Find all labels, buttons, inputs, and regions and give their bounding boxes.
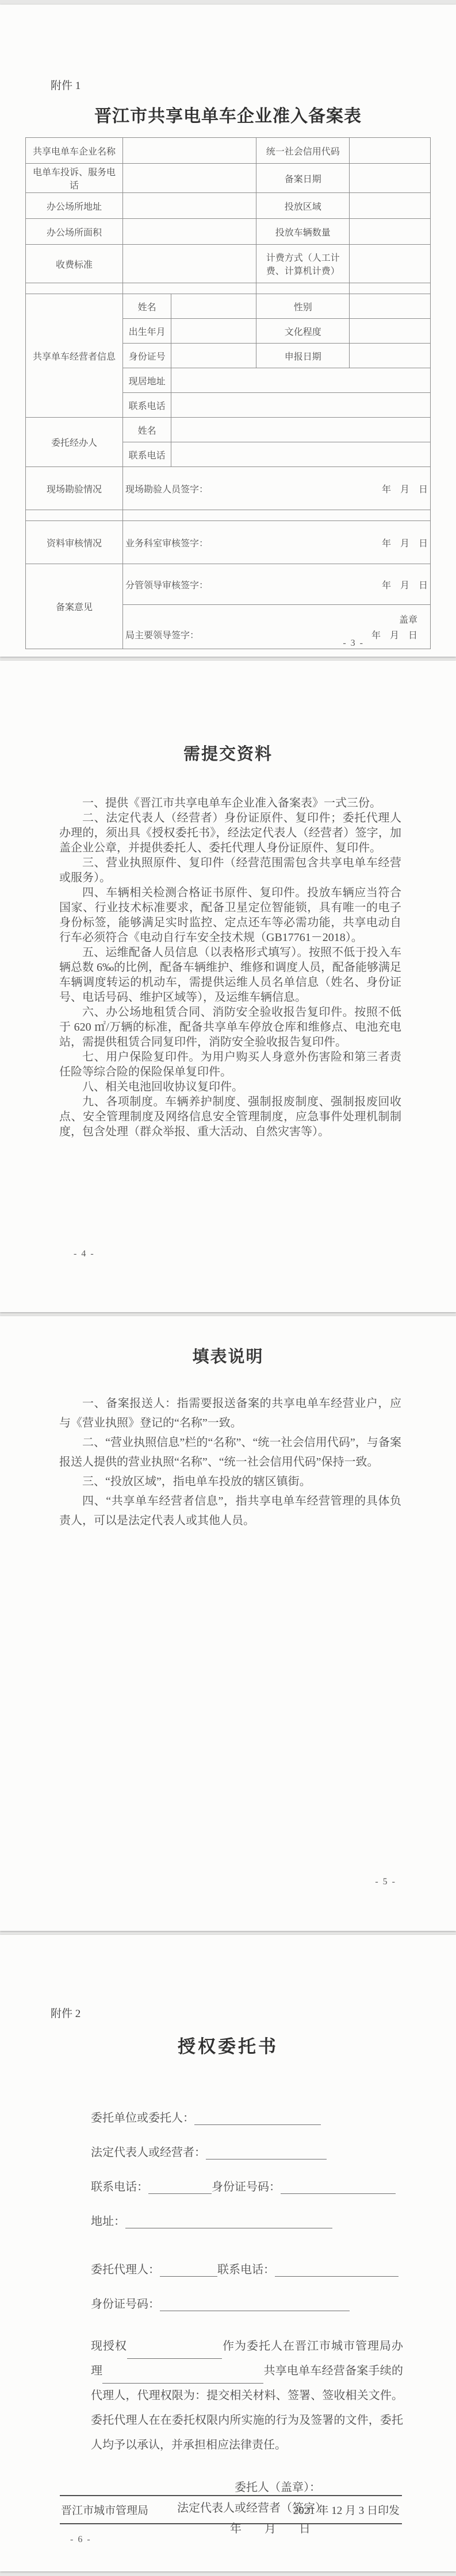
blank-line: [160, 2299, 350, 2311]
field-label: 出生年月: [122, 319, 171, 344]
field-label: 备案日期: [256, 164, 350, 193]
field-label: 身份证号码：: [91, 2298, 160, 2311]
field-label: 地址：: [91, 2215, 125, 2228]
paragraph: 七、用户保险复印件。为用户购买人身意外伤害险和第三者责任险等综合险的保险保单复印…: [59, 1050, 401, 1079]
form-line: 地址：: [91, 2212, 404, 2228]
sign-cell: 分管领导审核签字： 年 月 日: [122, 564, 430, 605]
page-power-of-attorney: 附件 2 授权委托书 委托单位或委托人： 法定代表人或经营者： 联系电话：身份证…: [0, 1935, 456, 2571]
field-label: 投放区域: [256, 193, 350, 219]
blank-line: [125, 2216, 332, 2228]
form-line: 委托代理人：联系电话：: [91, 2260, 404, 2277]
page-filling-instructions: 填表说明 一、备案报送人：指需要报送备案的共享电单车经营业户，应与《营业执照》登…: [0, 1316, 456, 1931]
spacer-cell: [256, 283, 350, 294]
table-row: 备案意见 分管领导审核签字： 年 月 日: [26, 564, 431, 605]
page-title: 填表说明: [0, 1316, 456, 1367]
field-label: 联系电话：: [217, 2263, 275, 2276]
date-placeholder: 年 月 日: [371, 628, 417, 641]
field-value-empty: [350, 294, 431, 319]
spacer-cell: [122, 510, 430, 521]
field-value-empty: [171, 344, 256, 368]
section-label: 资料审核情况: [26, 521, 123, 564]
print-date: 2021 年 12 月 3 日印发: [293, 2502, 400, 2517]
field-value-empty: [350, 138, 431, 164]
field-label: 投放车辆数量: [256, 219, 350, 245]
field-label: 收费标准: [26, 245, 123, 283]
paragraph: 八、相关电池回收协议复印件。: [59, 1079, 401, 1094]
page-title: 需提交资料: [0, 661, 456, 765]
field-label: 身份证号: [122, 344, 171, 368]
field-label: 联系电话：: [91, 2181, 148, 2193]
sign-label: 业务科室审核签字：: [125, 536, 208, 549]
sign-cell: 现场勘验人员签字： 年 月 日: [122, 467, 430, 510]
field-value-empty: [171, 294, 256, 319]
field-value-empty: [350, 219, 431, 245]
table-row: 共享电单车企业名称 统一社会信用代码: [26, 138, 431, 164]
field-value-empty: [350, 193, 431, 219]
field-label: 委托代理人：: [91, 2263, 160, 2276]
blank-line: [206, 2147, 327, 2159]
sign-label: 分管领导审核签字：: [125, 578, 208, 591]
paragraph: 一、提供《晋江市共享电单车企业准入备案表》一式三份。: [59, 796, 401, 811]
form-line: 身份证号码：: [91, 2295, 404, 2311]
spacer-cell: [350, 283, 431, 294]
table-row: 现场勘验情况 现场勘验人员签字： 年 月 日: [26, 467, 431, 510]
table-row: 收费标准 计费方式（人工计费、计算机计费）: [26, 245, 431, 283]
form-line: 法定代表人或经营者：: [91, 2143, 404, 2159]
sign-cell: 业务科室审核签字： 年 月 日: [122, 521, 430, 564]
field-value-empty: [122, 193, 256, 219]
field-value-empty: [171, 393, 431, 418]
attachment-label: 附件 2: [51, 2005, 456, 2020]
field-value-empty: [171, 319, 256, 344]
paragraph: 五、运维配备人员信息（以表格形式填写）。按照不低于投入车辆总数 6‰的比例，配备…: [59, 945, 401, 1005]
form-line: 联系电话：身份证号码：: [91, 2177, 404, 2194]
field-label: 文化程度: [256, 319, 350, 344]
table-row: 委托经办人 姓名: [26, 418, 431, 442]
issuer: 晋江市城市管理局: [61, 2502, 148, 2517]
date-placeholder: 年 月 日: [382, 482, 428, 495]
field-value-empty: [171, 442, 431, 467]
page-number: - 3 -: [343, 638, 364, 649]
print-footer: 晋江市城市管理局 2021 年 12 月 3 日印发: [60, 2495, 402, 2524]
field-label: 申报日期: [256, 344, 350, 368]
field-label: 共享电单车企业名称: [26, 138, 123, 164]
blank-line: [102, 2371, 263, 2384]
registration-table: 共享电单车企业名称 统一社会信用代码 电单车投诉、服务电话 备案日期 办公场所地…: [25, 137, 431, 649]
sign-cell: 局主要领导签字： 盖章 年 月 日: [122, 605, 430, 649]
paragraph: 二、法定代表人（经营者）身份证原件、复印件；委托代理人办理的，须出具《授权委托书…: [59, 811, 401, 855]
table-row: 共享单车经营者信息 姓名 性别: [26, 294, 431, 319]
paragraph: 三、“投放区域”，指电单车投放的辖区镇街。: [59, 1472, 401, 1491]
field-value-empty: [350, 319, 431, 344]
field-label: 姓名: [122, 294, 171, 319]
blank-line: [127, 2347, 222, 2359]
field-label: 现居地址: [122, 368, 171, 393]
field-value-empty: [350, 245, 431, 283]
table-row: 资料审核情况 业务科室审核签字： 年 月 日: [26, 521, 431, 564]
field-value-empty: [122, 164, 256, 193]
page-required-materials: 需提交资料 一、提供《晋江市共享电单车企业准入备案表》一式三份。 二、法定代表人…: [0, 661, 456, 1312]
field-value-empty: [350, 164, 431, 193]
field-label: 性别: [256, 294, 350, 319]
attachment-label: 附件 1: [51, 77, 456, 92]
field-label: 办公场所地址: [26, 193, 123, 219]
paragraph: 四、“共享单车经营者信息”，指共享电单车经营管理的具体负责人，可以是法定代表人或…: [59, 1491, 401, 1530]
field-value-empty: [122, 219, 256, 245]
spacer-cell: [26, 283, 123, 294]
authorization-form: 委托单位或委托人： 法定代表人或经营者： 联系电话：身份证号码： 地址： 委托代…: [91, 2108, 404, 2311]
paragraph-segment: 现授权: [91, 2340, 127, 2353]
page-title: 晋江市共享电单车企业准入备案表: [0, 102, 456, 127]
page-registration-form: 附件 1 晋江市共享电单车企业准入备案表 共享电单车企业名称 统一社会信用代码 …: [0, 5, 456, 657]
blank-line: [160, 2265, 217, 2277]
paragraph: 九、各项制度。车辆养护制度、强制报废制度、强制报废回收点、安全管理制度及网络信息…: [59, 1094, 401, 1139]
section-label: 现场勘验情况: [26, 467, 123, 510]
body-text: 一、备案报送人：指需要报送备案的共享电单车经营业户，应与《营业执照》登记的“名称…: [59, 1394, 401, 1530]
field-label: 统一社会信用代码: [256, 138, 350, 164]
authorization-paragraph: 现授权作为委托人在晋江市城市管理局办理共享电单车经营备案手续的代理人，代理权限为…: [91, 2334, 403, 2458]
field-label: 联系电话: [122, 393, 171, 418]
field-label: 法定代表人或经营者：: [91, 2146, 206, 2159]
paragraph: 六、办公场地租赁合同、消防安全验收报告复印件。按照不低于 620 ㎡/万辆的标准…: [59, 1005, 401, 1050]
table-row: 办公场所面积 投放车辆数量: [26, 219, 431, 245]
sign-label: 现场勘验人员签字：: [125, 482, 208, 495]
paragraph: 一、备案报送人：指需要报送备案的共享电单车经营业户，应与《营业执照》登记的“名称…: [59, 1394, 401, 1433]
blank-line: [281, 2182, 396, 2194]
field-value-empty: [122, 245, 256, 283]
spacer-cell: [26, 510, 123, 521]
sign-label: 局主要领导签字：: [125, 628, 199, 641]
paragraph: 二、“营业执照信息”栏的“名称”、“统一社会信用代码”，与备案报送人提供的营业执…: [59, 1433, 401, 1472]
section-label: 委托经办人: [26, 418, 123, 467]
field-value-empty: [171, 418, 431, 442]
field-value-empty: [171, 368, 431, 393]
page-number: - 5 -: [375, 1877, 396, 1887]
page-number: - 6 -: [70, 2535, 91, 2545]
field-label: 姓名: [122, 418, 171, 442]
date-placeholder: 年 月 日: [382, 578, 428, 591]
table-row-spacer: [26, 510, 431, 521]
form-line: 委托单位或委托人：: [91, 2108, 404, 2125]
spacer-cell: [122, 283, 256, 294]
field-label: 计费方式（人工计费、计算机计费）: [256, 245, 350, 283]
table-row: 办公场所地址 投放区域: [26, 193, 431, 219]
field-value-empty: [122, 138, 256, 164]
section-label: 共享单车经营者信息: [26, 294, 123, 418]
blank-line: [194, 2113, 321, 2125]
body-text: 一、提供《晋江市共享电单车企业准入备案表》一式三份。 二、法定代表人（经营者）身…: [59, 796, 401, 1139]
blank-line: [275, 2265, 398, 2277]
page-title: 授权委托书: [0, 2032, 456, 2058]
field-value-empty: [350, 344, 431, 368]
table-row: 电单车投诉、服务电话 备案日期: [26, 164, 431, 193]
paragraph: 四、车辆相关检测合格证书原件、复印件。投放车辆应当符合国家、行业技术标准要求，配…: [59, 885, 401, 945]
field-label: 联系电话: [122, 442, 171, 467]
date-placeholder: 年 月 日: [382, 536, 428, 549]
blank-line: [148, 2182, 212, 2194]
page-number: - 4 -: [74, 1249, 95, 1259]
section-label: 备案意见: [26, 564, 123, 649]
paragraph: 三、营业执照原件、复印件（经营范围需包含共享电单车经营或服务）。: [59, 855, 401, 885]
field-label: 身份证号码：: [212, 2181, 281, 2193]
field-label: 委托单位或委托人：: [91, 2112, 194, 2124]
field-label: 办公场所面积: [26, 219, 123, 245]
field-label: 电单车投诉、服务电话: [26, 164, 123, 193]
seal-placeholder: 盖章: [399, 612, 417, 626]
table-row-spacer: [26, 283, 431, 294]
